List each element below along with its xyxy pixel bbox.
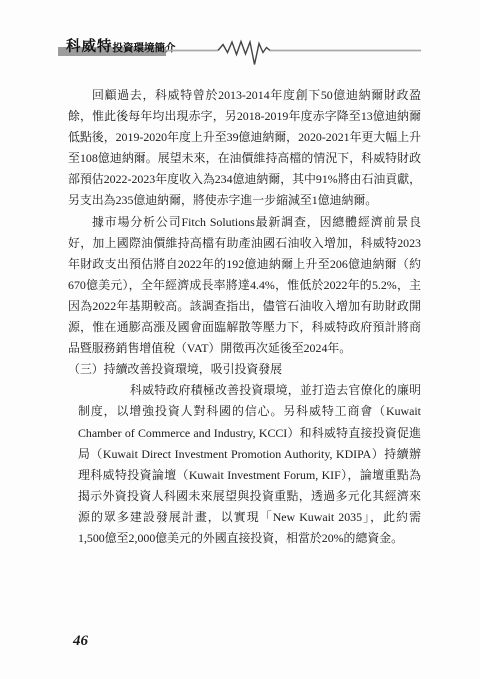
page-number: 46 — [73, 633, 88, 650]
page-body: 回顧過去，科威特曾於2013-2014年度創下50億迪納爾財政盈餘，惟此後每年均… — [68, 85, 421, 549]
pulse-zigzag-icon — [166, 36, 421, 66]
title-main: 科威特 — [66, 40, 113, 55]
document-page: 科威特投資環境簡介 回顧過去，科威特曾於2013-2014年度創下50億迪納爾財… — [0, 0, 480, 679]
paragraph-investment-environment: 科威特政府積極改善投資環境，並打造去官僚化的廉明制度，以增強投資人對科國的信心。… — [78, 380, 421, 549]
paragraph-fiscal-history: 回顧過去，科威特曾於2013-2014年度創下50億迪納爾財政盈餘，惟此後每年均… — [68, 85, 421, 212]
paragraph-fitch-survey: 據市場分析公司Fitch Solutions最新調查，因總體經濟前景良好，加上國… — [68, 212, 421, 360]
section-heading: （三）持續改善投資環境，吸引投資發展 — [68, 359, 421, 380]
page-title: 科威特投資環境簡介 — [66, 40, 176, 55]
page-header: 科威特投資環境簡介 — [0, 0, 480, 70]
